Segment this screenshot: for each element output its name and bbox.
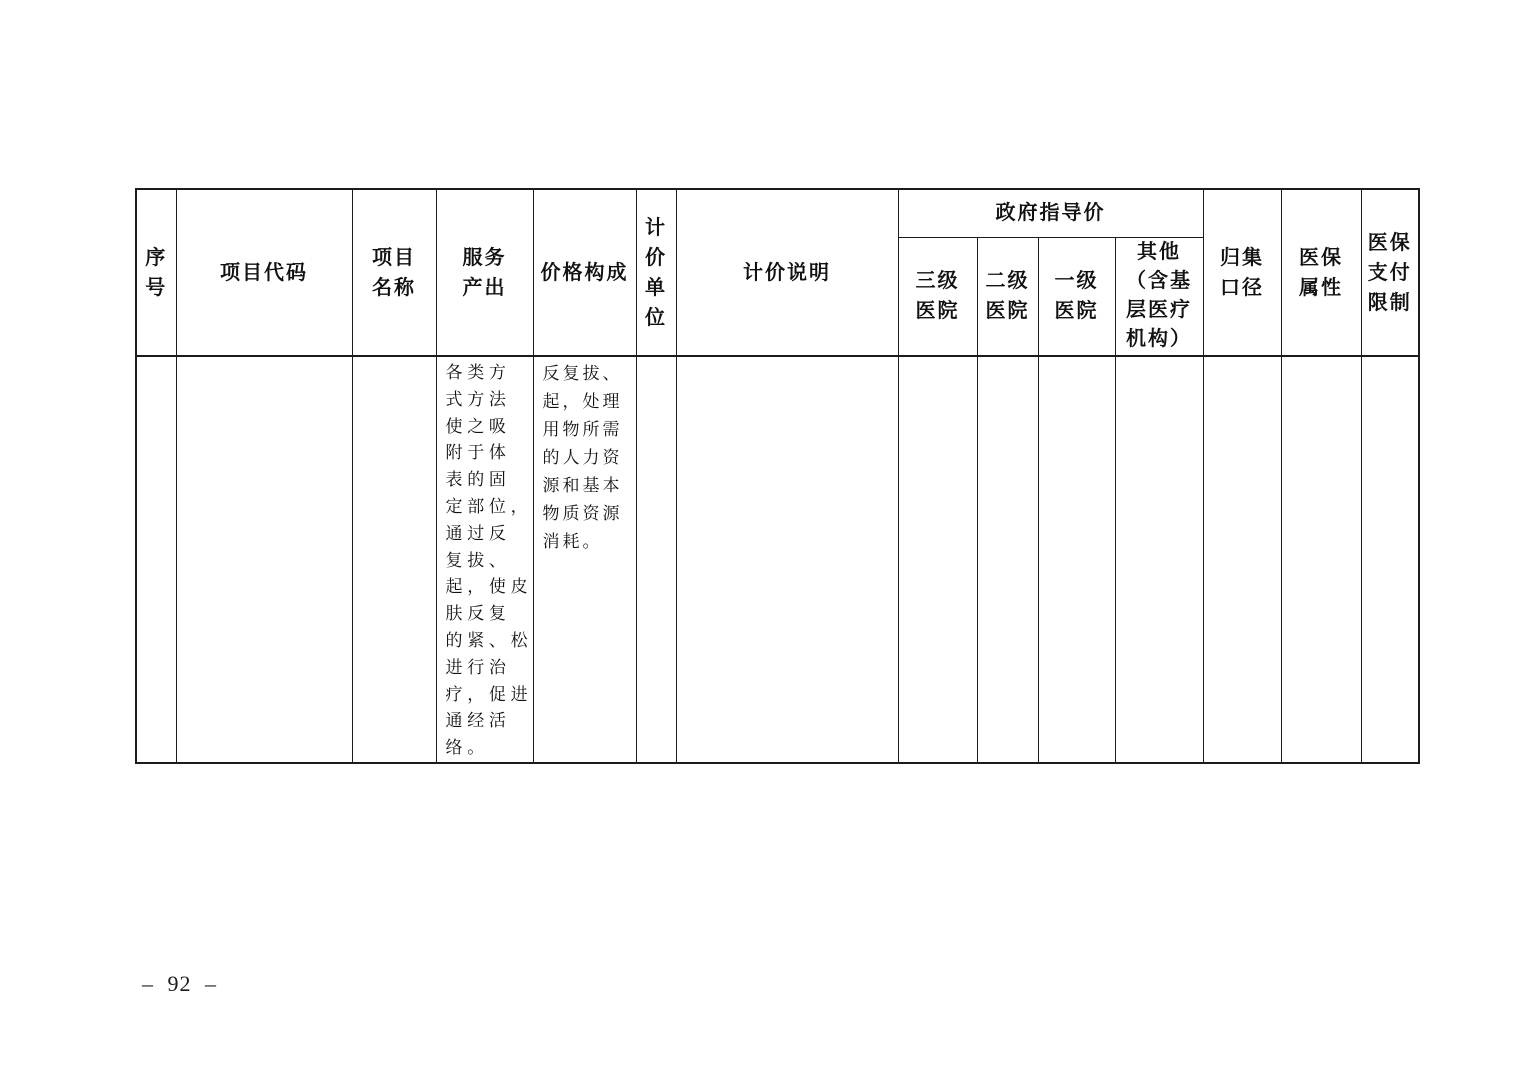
cell-service-output: 各类方式方法使之吸附于体表的固定部位，通过反复拔、起，使皮肤反复的紧、松进行治疗… — [436, 356, 533, 763]
text-line: 式方法 — [446, 387, 529, 414]
header-row-1: 序号 项目代码 项目名称 服务产出 价格构成 计价单位 计价说明 政府指导价 归… — [136, 189, 1419, 237]
cell-secondary-hospital — [977, 356, 1038, 763]
cell-collection-caliber — [1203, 356, 1281, 763]
text-line: 表的固 — [446, 467, 529, 494]
header-gov-guided-price-group: 政府指导价 — [898, 189, 1203, 237]
cell-item-code — [176, 356, 352, 763]
header-seq: 序号 — [136, 189, 176, 356]
text-line: 通经活 — [446, 708, 529, 735]
text-line: 源和基本 — [543, 472, 632, 500]
header-secondary-hospital: 二级医院 — [977, 237, 1038, 356]
text-line: 用物所需 — [543, 416, 632, 444]
text-line: 定部位， — [446, 494, 529, 521]
text-line: 肤反复 — [446, 601, 529, 628]
text-line: 的人力资 — [543, 444, 632, 472]
medical-fee-schedule-table: 序号 项目代码 项目名称 服务产出 价格构成 计价单位 计价说明 政府指导价 归… — [135, 188, 1420, 764]
text-line: 的紧、松 — [446, 628, 529, 655]
document-page: 序号 项目代码 项目名称 服务产出 价格构成 计价单位 计价说明 政府指导价 归… — [0, 0, 1520, 1074]
header-tertiary-hospital: 三级医院 — [898, 237, 977, 356]
text-line: 疗，促进 — [446, 682, 529, 709]
text-line: 起，处理 — [543, 388, 632, 416]
page-number: – 92 – — [142, 971, 217, 997]
cell-pricing-note — [676, 356, 898, 763]
header-insurance-attribute: 医保属性 — [1281, 189, 1361, 356]
cell-pricing-unit — [636, 356, 676, 763]
table-row: 各类方式方法使之吸附于体表的固定部位，通过反复拔、起，使皮肤反复的紧、松进行治疗… — [136, 356, 1419, 763]
text-line: 使之吸 — [446, 414, 529, 441]
cell-primary-hospital — [1038, 356, 1115, 763]
header-insurance-payment-limit: 医保支付限制 — [1361, 189, 1419, 356]
text-line: 反复拔、 — [543, 360, 632, 388]
header-other-institutions: 其他（含基层医疗机构） — [1115, 237, 1203, 356]
header-collection-caliber: 归集口径 — [1203, 189, 1281, 356]
header-service-output: 服务产出 — [436, 189, 533, 356]
header-price-composition: 价格构成 — [533, 189, 636, 356]
cell-price-composition: 反复拔、起，处理用物所需的人力资源和基本物质资源消耗。 — [533, 356, 636, 763]
cell-seq — [136, 356, 176, 763]
text-line: 通过反 — [446, 521, 529, 548]
text-line: 附于体 — [446, 440, 529, 467]
text-line: 物质资源 — [543, 500, 632, 528]
text-line: 进行治 — [446, 655, 529, 682]
text-line: 络。 — [446, 735, 529, 762]
header-item-code: 项目代码 — [176, 189, 352, 356]
cell-insurance-payment-limit — [1361, 356, 1419, 763]
text-line: 起，使皮 — [446, 574, 529, 601]
cell-tertiary-hospital — [898, 356, 977, 763]
cell-insurance-attribute — [1281, 356, 1361, 763]
text-line: 消耗。 — [543, 528, 632, 556]
text-line: 各类方 — [446, 360, 529, 387]
cell-item-name — [352, 356, 436, 763]
text-line: 复拔、 — [446, 548, 529, 575]
header-pricing-unit: 计价单位 — [636, 189, 676, 356]
header-pricing-note: 计价说明 — [676, 189, 898, 356]
header-item-name: 项目名称 — [352, 189, 436, 356]
header-primary-hospital: 一级医院 — [1038, 237, 1115, 356]
cell-other-institutions — [1115, 356, 1203, 763]
